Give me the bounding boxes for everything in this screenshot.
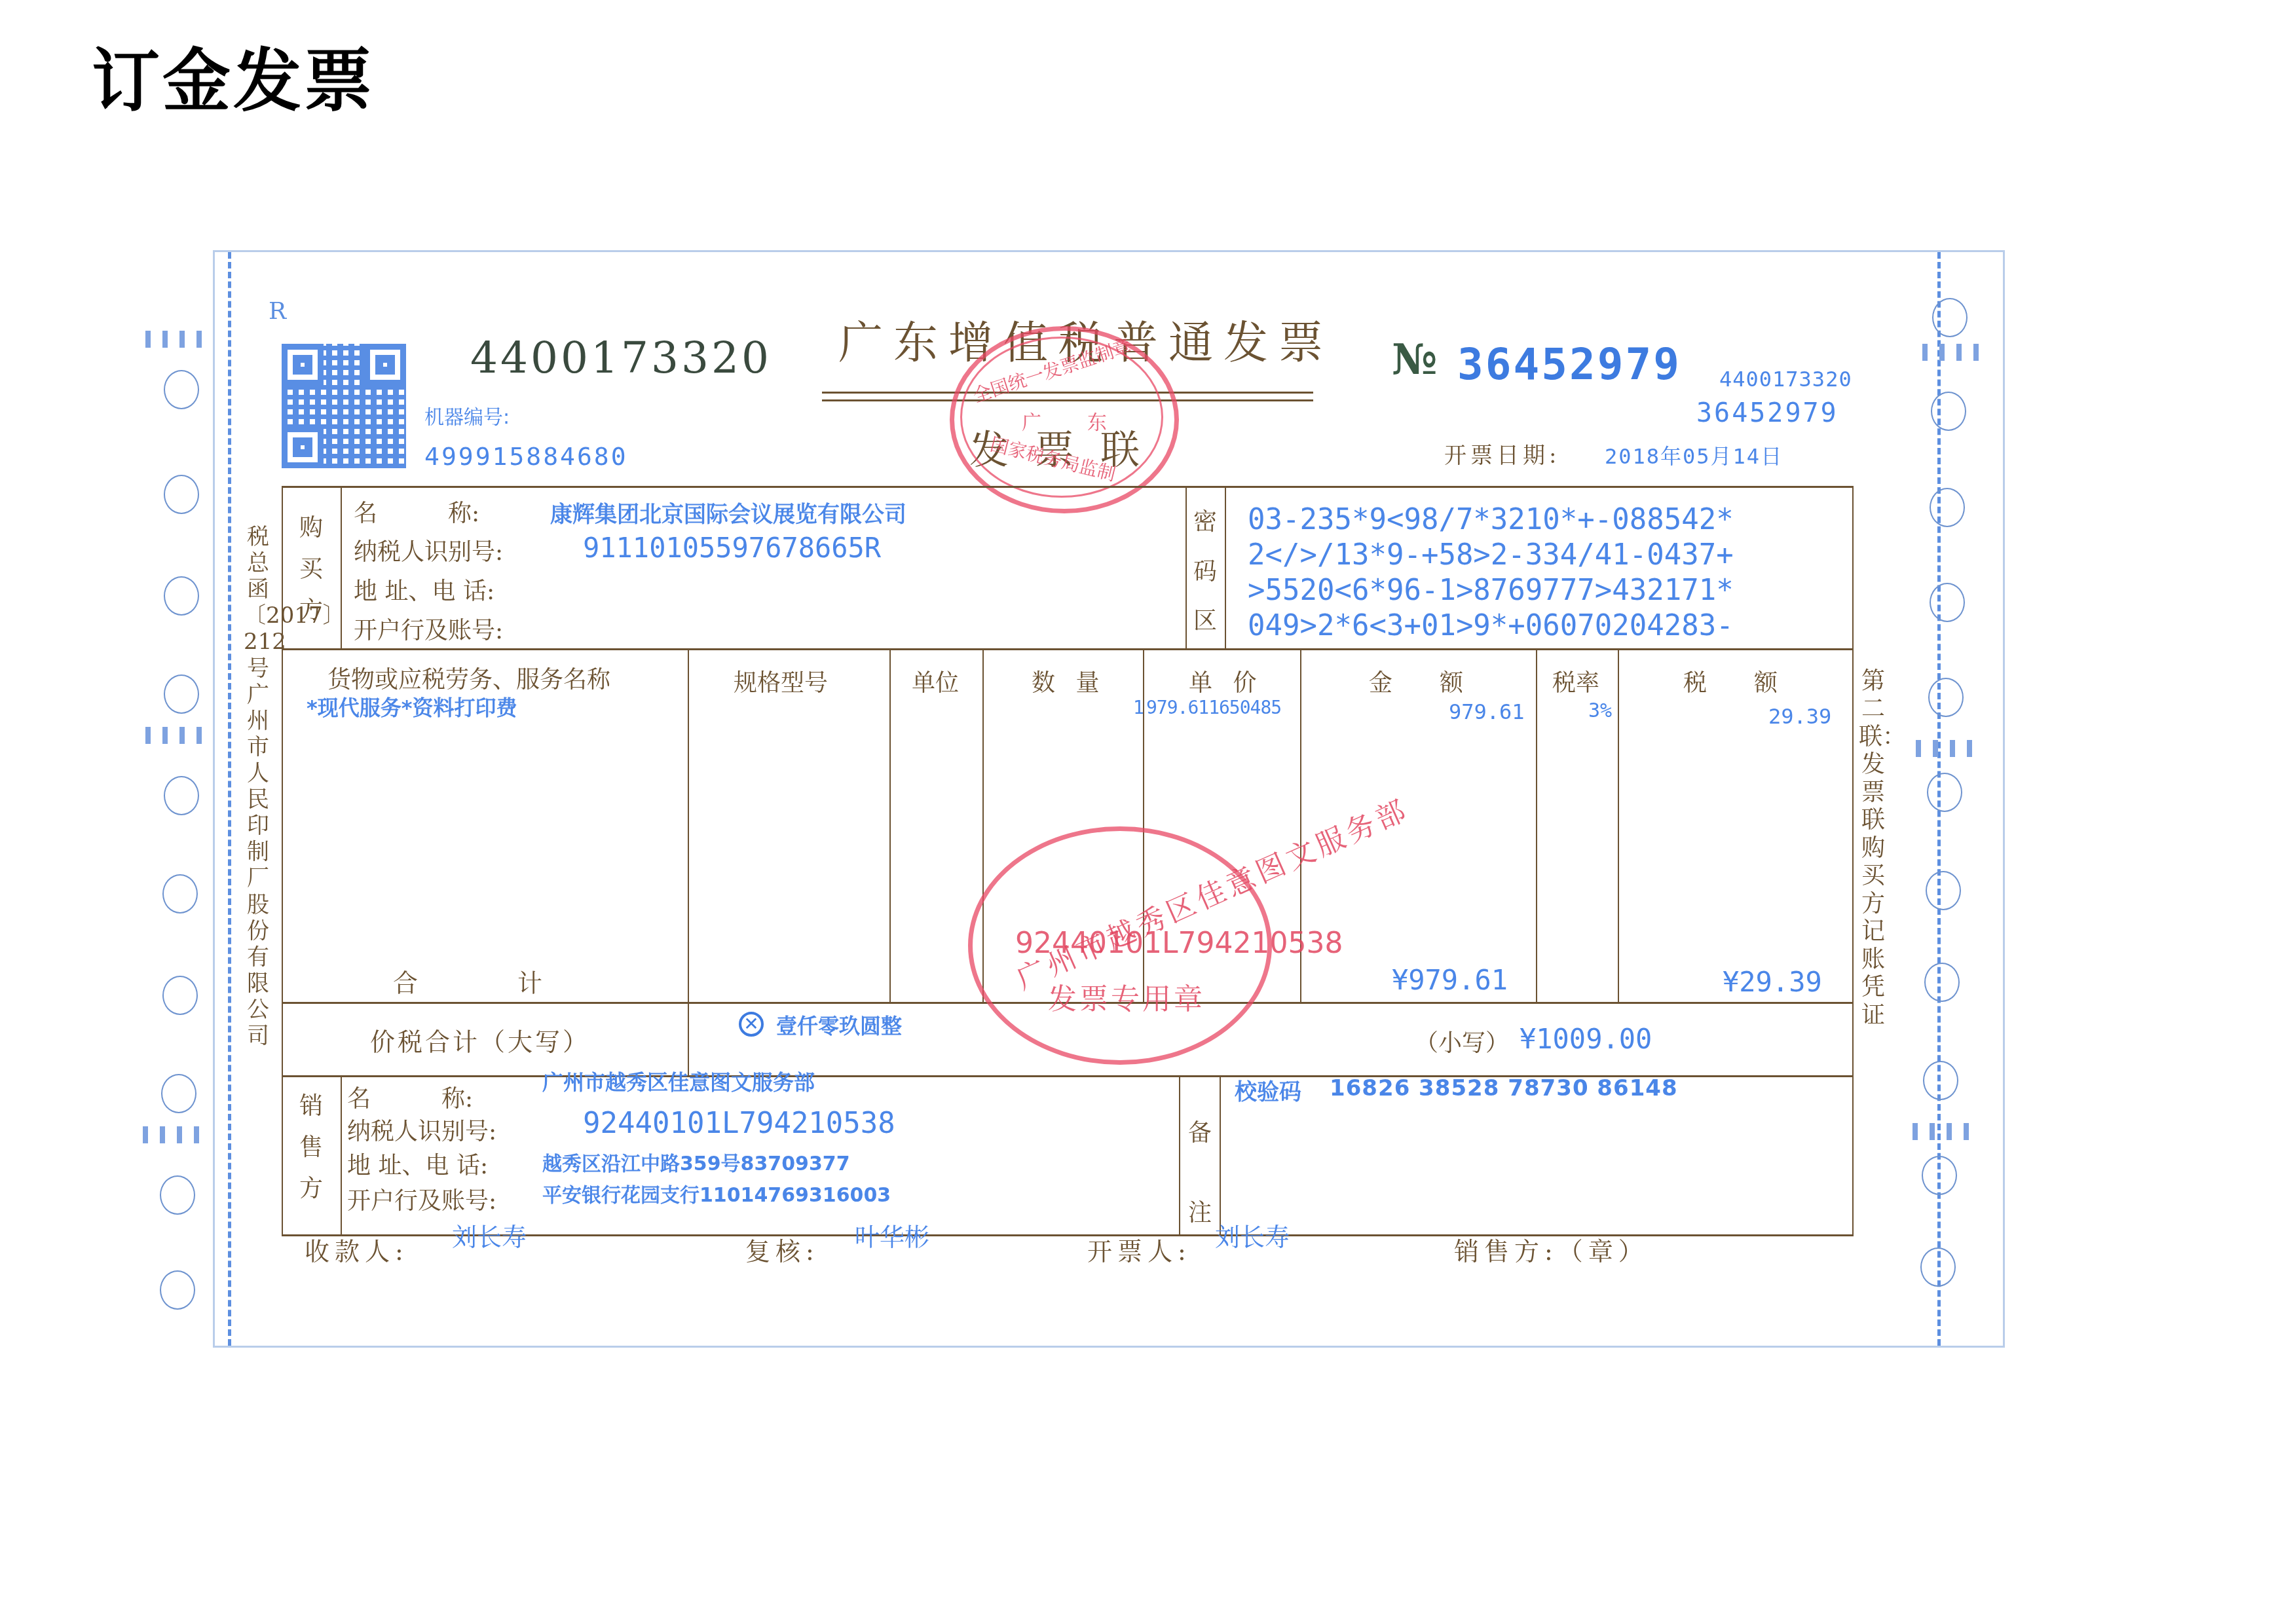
payee-label: 收款人: bbox=[305, 1231, 409, 1267]
grand-total-words: 壹仟零玖圆整 bbox=[776, 1010, 902, 1040]
cipher-line: 03-235*9<98/7*3210*+-088542* bbox=[1248, 503, 1734, 536]
header-tax-rate: 税率 bbox=[1552, 665, 1599, 698]
seller-seal-code: 92440101L794210538 bbox=[1015, 927, 1343, 960]
item-quantity: 1 bbox=[1133, 697, 1144, 718]
header-spec: 规格型号 bbox=[734, 665, 828, 698]
cipher-line: 2</>/13*9-+58>2-334/41-0437+ bbox=[1248, 538, 1734, 572]
item-tax: 29.39 bbox=[1768, 704, 1831, 729]
seller-bank: 平安银行花园支行11014769316003 bbox=[542, 1179, 891, 1208]
seller-tax-id: 92440101L794210538 bbox=[583, 1107, 895, 1140]
seller-address: 越秀区沿江中路359号83709377 bbox=[542, 1147, 850, 1176]
cipher-section-label: 密码区 bbox=[1192, 498, 1218, 646]
reviewer-label: 复核: bbox=[745, 1231, 819, 1267]
form-border-top bbox=[282, 486, 1854, 488]
grand-total-words-label: 价税合计（大写） bbox=[370, 1022, 590, 1058]
item-name: *现代服务*资料打印费 bbox=[307, 692, 517, 722]
header-unit-price: 单 价 bbox=[1189, 665, 1263, 698]
buyer-address-label: 地 址、电 话: bbox=[354, 573, 494, 606]
cipher-line: >5520<6*96-1>8769777>432171* bbox=[1248, 574, 1734, 607]
grand-total-figures: ¥1009.00 bbox=[1520, 1023, 1652, 1055]
left-perforation bbox=[228, 252, 231, 1346]
machine-number-label: 机器编号: bbox=[424, 401, 510, 430]
seller-address-label: 地 址、电 话: bbox=[347, 1147, 488, 1181]
item-unit-price: 979.611650485 bbox=[1146, 697, 1281, 718]
machine-number: 499915884680 bbox=[424, 442, 628, 471]
seller-seal-bottom: 发票专用章 bbox=[1048, 976, 1205, 1018]
payee-name: 刘长寿 bbox=[452, 1217, 527, 1253]
header-item-name: 货物或应税劳务、服务名称 bbox=[327, 661, 610, 695]
buyer-tax-id-label: 纳税人识别号: bbox=[354, 534, 503, 567]
check-code-label: 校验码 bbox=[1235, 1074, 1301, 1106]
issue-date-label: 开票日期: bbox=[1444, 437, 1560, 470]
cipher-line: 049>2*6<3+01>9*+06070204283- bbox=[1248, 609, 1734, 642]
invoice-number: 36452979 bbox=[1457, 339, 1681, 390]
cross-circle-icon: ✕ bbox=[739, 1012, 764, 1037]
total-tax: ¥29.39 bbox=[1723, 966, 1822, 998]
buyer-tax-id: 91110105597678665R bbox=[583, 532, 881, 564]
reviewer-name: 叶华彬 bbox=[855, 1217, 929, 1253]
check-code: 16826 38528 78730 86148 bbox=[1330, 1075, 1678, 1101]
header-unit: 单位 bbox=[912, 665, 959, 698]
header-tax: 税 额 bbox=[1683, 665, 1778, 698]
drawer-label: 开票人: bbox=[1087, 1231, 1191, 1267]
supervision-stamp-middle: 广 东 bbox=[1022, 406, 1120, 435]
total-amount: ¥979.61 bbox=[1392, 964, 1508, 996]
seller-section-label: 销售方 bbox=[298, 1086, 324, 1209]
number-sign: № bbox=[1392, 335, 1438, 384]
page-title: 订金发票 bbox=[92, 26, 375, 124]
seller-bank-label: 开户行及账号: bbox=[347, 1183, 496, 1216]
seller-name-label: 名 称: bbox=[347, 1080, 473, 1114]
drawer-name: 刘长寿 bbox=[1215, 1217, 1290, 1253]
invoice-code-small: 4400173320 bbox=[1719, 367, 1852, 392]
total-label: 合 计 bbox=[393, 963, 542, 999]
invoice-number-small: 36452979 bbox=[1696, 398, 1838, 428]
qr-code-icon bbox=[282, 344, 406, 468]
r-mark: R bbox=[269, 298, 286, 325]
buyer-name-label: 名 称: bbox=[354, 495, 479, 528]
remarks-section-label: 备注 bbox=[1187, 1094, 1213, 1254]
item-tax-rate: 3% bbox=[1588, 699, 1612, 722]
buyer-section-label: 购买方 bbox=[298, 507, 324, 631]
header-amount: 金 额 bbox=[1369, 665, 1463, 698]
grand-total-figures-label: （小写） bbox=[1415, 1025, 1509, 1058]
seller-tax-id-label: 纳税人识别号: bbox=[347, 1113, 496, 1147]
printer-info: 税总函〔2017〕212号 广州市人民印制厂股份有限公司 bbox=[244, 524, 272, 1049]
invoice-code: 4400173320 bbox=[470, 333, 772, 383]
buyer-bank-label: 开户行及账号: bbox=[354, 612, 503, 646]
buyer-name: 康辉集团北京国际会议展览有限公司 bbox=[550, 496, 906, 528]
copy-purpose: 第二联：发票联 购买方记账凭证 bbox=[1859, 668, 1888, 1029]
seller-seal-label: 销售方:（章） bbox=[1454, 1231, 1649, 1267]
header-quantity: 数 量 bbox=[1032, 665, 1106, 698]
seller-name: 广州市越秀区佳意图文服务部 bbox=[542, 1066, 815, 1096]
item-amount: 979.61 bbox=[1449, 699, 1525, 724]
issue-date: 2018年05月14日 bbox=[1605, 440, 1783, 470]
